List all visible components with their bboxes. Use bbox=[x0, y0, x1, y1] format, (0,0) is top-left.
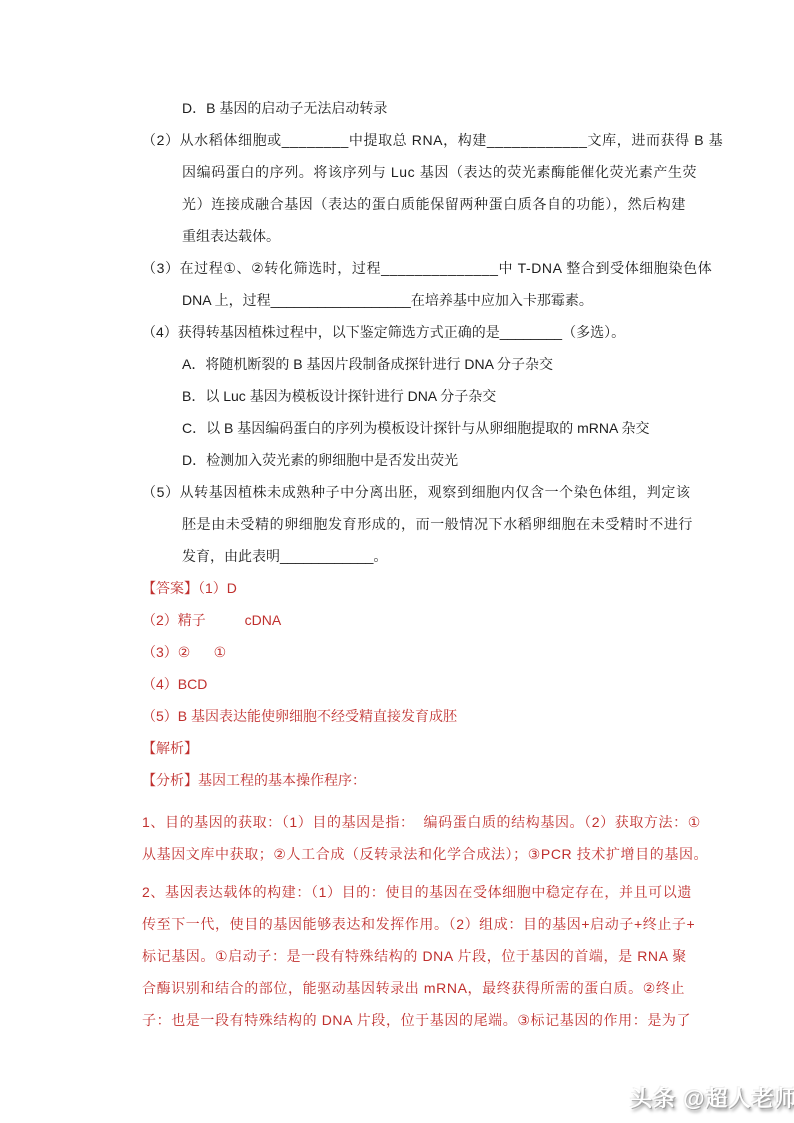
answer-section: 【答案】（1）D（2）精子 cDNA（3）② ①（4）BCD（5）B 基因表达能… bbox=[90, 572, 708, 796]
question-line: A．将随机断裂的 B 基因片段制备成探针进行 DNA 分子杂交 bbox=[182, 348, 708, 380]
answer-line: 【解析】 bbox=[142, 732, 708, 764]
analysis-line: 子：也是一段有特殊结构的 DNA 片段，位于基因的尾端。③标记基因的作用：是为了 bbox=[142, 1004, 708, 1036]
analysis-line: 合酶识别和结合的部位，能驱动基因转录出 mRNA，最终获得所需的蛋白质。②终止 bbox=[142, 972, 708, 1004]
analysis-line: 传至下一代，使目的基因能够表达和发挥作用。（2）组成：目的基因+启动子+终止子+ bbox=[142, 908, 708, 940]
question-line: （4）获得转基因植株过程中，以下鉴定筛选方式正确的是________（多选）。 bbox=[142, 316, 708, 348]
question-line: 光）连接成融合基因（表达的蛋白质能保留两种蛋白质各自的功能），然后构建 bbox=[182, 188, 708, 220]
question-line: D．检测加入荧光素的卵细胞中是否发出荧光 bbox=[182, 444, 708, 476]
question-line: （5）从转基因植株未成熟种子中分离出胚，观察到细胞内仅含一个染色体组，判定该 bbox=[142, 476, 708, 508]
answer-line: 【答案】（1）D bbox=[142, 572, 708, 604]
analysis-paragraph-2: 2、基因表达载体的构建：（1）目的：使目的基因在受体细胞中稳定存在，并且可以遗传… bbox=[90, 876, 708, 1036]
answer-line: （3）② ① bbox=[142, 636, 708, 668]
answer-line: 【分析】基因工程的基本操作程序： bbox=[142, 764, 708, 796]
question-line: B．以 Luc 基因为模板设计探针进行 DNA 分子杂交 bbox=[182, 380, 708, 412]
answer-line: （5）B 基因表达能使卵细胞不经受精直接发育成胚 bbox=[142, 700, 708, 732]
watermark: 头条 @超人老师 bbox=[630, 1082, 794, 1113]
analysis-line: 1、目的基因的获取：（1）目的基因是指： 编码蛋白质的结构基因。（2）获取方法：… bbox=[142, 806, 708, 838]
document-body: D．B 基因的启动子无法启动转录（2）从水稻体细胞或________中提取总 R… bbox=[0, 0, 794, 1036]
question-line: D．B 基因的启动子无法启动转录 bbox=[182, 92, 708, 124]
question-line: 重组表达载体。 bbox=[182, 220, 708, 252]
question-line: 胚是由未受精的卵细胞发育形成的，而一般情况下水稻卵细胞在未受精时不进行 bbox=[182, 508, 708, 540]
answer-line: （4）BCD bbox=[142, 668, 708, 700]
analysis-line: 从基因文库中获取；②人工合成（反转录法和化学合成法）；③PCR 技术扩增目的基因… bbox=[142, 838, 708, 870]
question-section: D．B 基因的启动子无法启动转录（2）从水稻体细胞或________中提取总 R… bbox=[90, 92, 708, 572]
question-line: 因编码蛋白的序列。将该序列与 Luc 基因（表达的荧光素酶能催化荧光素产生荧 bbox=[182, 156, 708, 188]
question-line: DNA 上，过程__________________在培养基中应加入卡那霉素。 bbox=[182, 284, 708, 316]
answer-line: （2）精子 cDNA bbox=[142, 604, 708, 636]
question-line: （3）在过程①、②转化筛选时，过程______________中 T-DNA 整… bbox=[142, 252, 708, 284]
analysis-line: 标记基因。①启动子：是一段有特殊结构的 DNA 片段，位于基因的首端，是 RNA… bbox=[142, 940, 708, 972]
analysis-line: 2、基因表达载体的构建：（1）目的：使目的基因在受体细胞中稳定存在，并且可以遗 bbox=[142, 876, 708, 908]
question-line: C．以 B 基因编码蛋白的序列为模板设计探针与从卵细胞提取的 mRNA 杂交 bbox=[182, 412, 708, 444]
analysis-paragraph-1: 1、目的基因的获取：（1）目的基因是指： 编码蛋白质的结构基因。（2）获取方法：… bbox=[90, 806, 708, 870]
document-page: D．B 基因的启动子无法启动转录（2）从水稻体细胞或________中提取总 R… bbox=[0, 0, 794, 1123]
question-line: （2）从水稻体细胞或________中提取总 RNA，构建___________… bbox=[142, 124, 708, 156]
question-line: 发育，由此表明____________。 bbox=[182, 540, 708, 572]
